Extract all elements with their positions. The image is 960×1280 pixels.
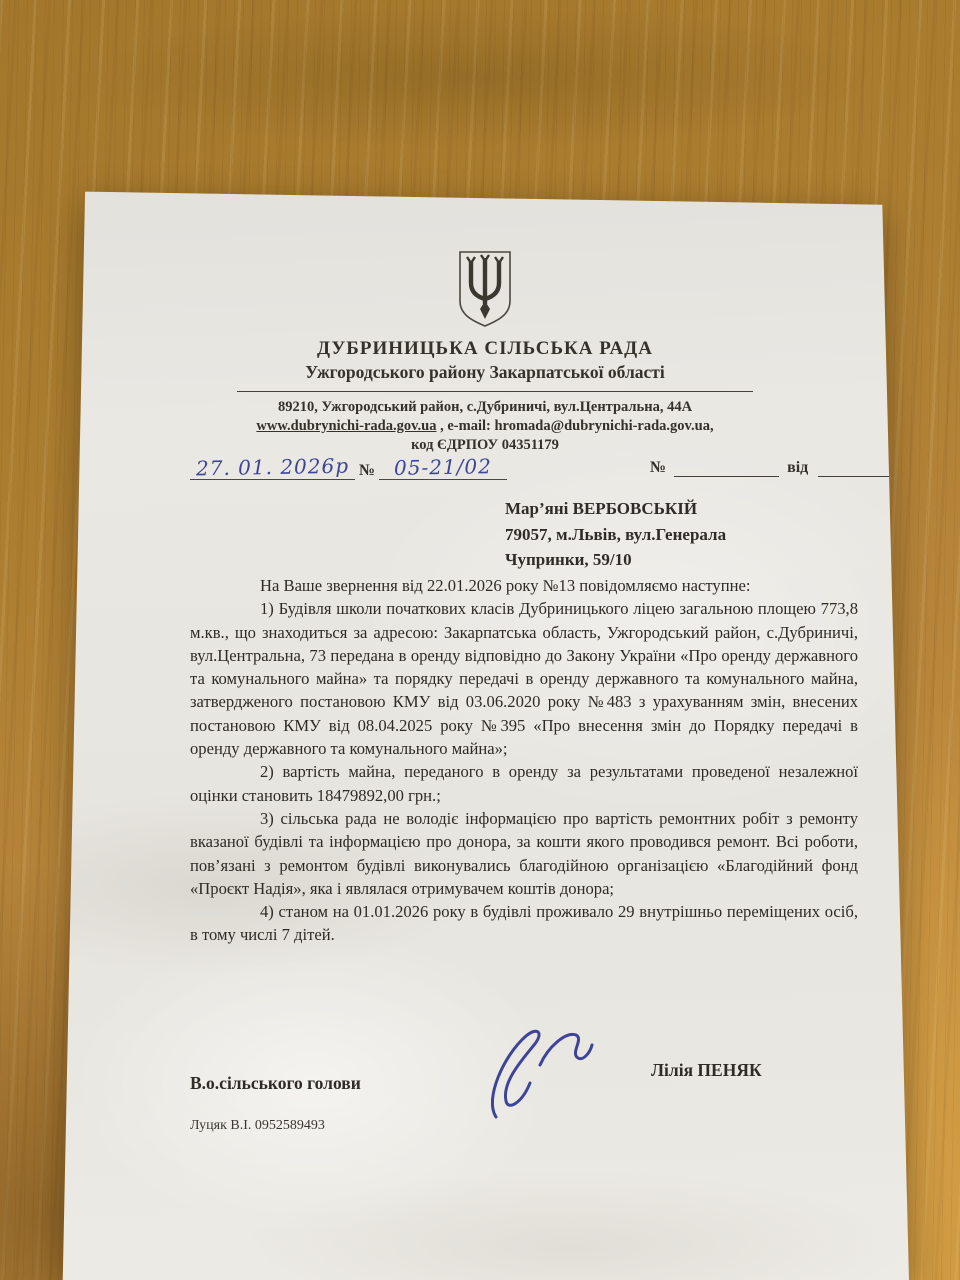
outgoing-date-field: 27. 01. 2026р <box>190 455 355 480</box>
website-link: www.dubrynichi-rada.gov.ua <box>256 418 436 434</box>
letterhead: ДУБРИНИЦЬКА СІЛЬСЬКА РАДА Ужгородського … <box>55 249 915 383</box>
number-sign-right: № <box>650 459 666 476</box>
signer-position: В.о.сільського голови <box>190 1073 361 1094</box>
body-item-3: 3) сільська рада не володіє інформацією … <box>190 807 858 900</box>
body-item-1: 1) Будівля школи початкових класів Дубри… <box>190 597 858 760</box>
body-item-2: 2) вартість майна, переданого в оренду з… <box>190 760 858 807</box>
ukraine-trident-icon <box>454 249 516 329</box>
address-line-2: www.dubrynichi-rada.gov.ua , e-mail: hro… <box>95 417 875 436</box>
recipient-address-1: 79057, м.Львів, вул.Генерала <box>505 522 726 548</box>
signer-name: Лілія ПЕНЯК <box>651 1060 762 1081</box>
incoming-reference: №від <box>650 459 930 477</box>
outgoing-number-field: 05-21/02 <box>379 455 507 480</box>
executor-contact: Луцяк В.І. 0952589493 <box>190 1118 325 1134</box>
blank-number-line <box>674 462 779 477</box>
blank-date-line <box>818 462 930 477</box>
body-item-4: 4) станом на 01.01.2026 року в будівлі п… <box>190 900 858 947</box>
org-name: ДУБРИНИЦЬКА СІЛЬСЬКА РАДА <box>55 338 915 360</box>
reference-row: 27. 01. 2026р № 05-21/02 №від <box>190 455 875 489</box>
letter-page: ДУБРИНИЦЬКА СІЛЬСЬКА РАДА Ужгородського … <box>55 185 915 1280</box>
org-region: Ужгородського району Закарпатської облас… <box>55 362 915 383</box>
recipient-address-2: Чупринки, 59/10 <box>505 547 726 573</box>
paper-shadow: ДУБРИНИЦЬКА СІЛЬСЬКА РАДА Ужгородського … <box>0 0 960 1280</box>
handwritten-number: 05-21/02 <box>394 454 492 480</box>
email-text: , e-mail: hromada@dubrynichi-rada.gov.ua… <box>437 418 714 434</box>
vid-label: від <box>787 459 808 476</box>
recipient-name: Мар’яні ВЕРБОВСЬКІЙ <box>505 496 726 522</box>
letterhead-address: 89210, Ужгородський район, с.Дубриничі, … <box>95 398 875 455</box>
body-intro: На Ваше звернення від 22.01.2026 року №1… <box>190 574 858 597</box>
number-sign-left: № <box>359 462 375 479</box>
letterhead-divider <box>237 391 753 392</box>
letter-body: На Ваше звернення від 22.01.2026 року №1… <box>190 574 858 947</box>
handwritten-date: 27. 01. 2026р <box>196 454 349 481</box>
address-line-3: код ЄДРПОУ 04351179 <box>95 436 875 455</box>
address-line-1: 89210, Ужгородський район, с.Дубриничі, … <box>95 398 875 417</box>
recipient-block: Мар’яні ВЕРБОВСЬКІЙ 79057, м.Львів, вул.… <box>505 496 726 573</box>
handwritten-signature <box>480 1023 600 1123</box>
photo-of-document: ДУБРИНИЦЬКА СІЛЬСЬКА РАДА Ужгородського … <box>0 0 960 1280</box>
